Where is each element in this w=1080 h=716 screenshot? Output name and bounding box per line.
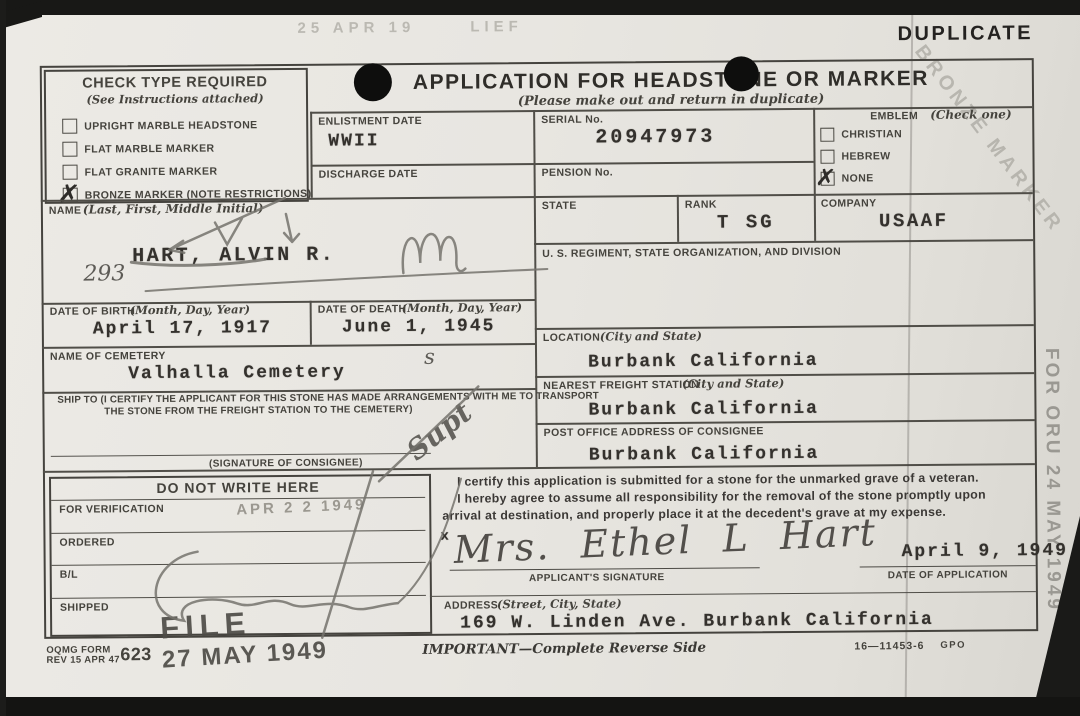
cemetery-label: NAME OF CEMETERY — [50, 350, 166, 363]
freight-station-note: (City and State) — [682, 376, 784, 391]
discharge-date-label: DISCHARGE DATE — [319, 168, 418, 181]
date-of-death-value: June 1, 1945 — [342, 316, 496, 337]
date-of-death-note: (Month, Day, Year) — [402, 300, 522, 315]
regiment-label: U. S. REGIMENT, STATE ORGANIZATION, AND … — [542, 246, 841, 260]
name-label: NAME — [49, 205, 82, 217]
penciled-number: 293 — [83, 261, 125, 286]
for-verification-label: FOR VERIFICATION — [59, 503, 164, 516]
address-note: (Street, City, State) — [497, 596, 622, 611]
rank-value: T SG — [717, 211, 775, 233]
shipped-label: SHIPPED — [60, 601, 109, 613]
date-of-death-label: DATE OF DEATH — [318, 303, 407, 316]
enlistment-date-label: ENLISTMENT DATE — [318, 115, 422, 128]
checkbox-christian — [820, 128, 834, 142]
duplicate-stamp: DUPLICATE — [897, 22, 1033, 46]
location-note: (City and State) — [600, 329, 702, 344]
emblem-option-label: CHRISTIAN — [841, 128, 902, 140]
none-checkmark: ✗ — [815, 165, 837, 191]
form-number: 623 — [120, 644, 151, 665]
ordered-label: ORDERED — [59, 536, 114, 548]
date-of-application-value: April 9, 1949 — [902, 541, 1069, 562]
form-id-line2: REV 15 APR 47 — [46, 654, 120, 666]
pension-no-label: PENSION No. — [542, 166, 614, 179]
photo-edge-bottom — [0, 697, 1080, 716]
penciled-letter: s — [424, 345, 435, 369]
emblem-option-label: NONE — [842, 172, 874, 184]
date-of-application-label: DATE OF APPLICATION — [860, 569, 1036, 581]
paper-form: 25 APR 19 LIEF BRONZE MARKER FOR ORU 24 … — [0, 0, 1080, 716]
date-of-birth-value: April 17, 1917 — [93, 318, 272, 339]
emblem-option-label: HEBREW — [841, 150, 890, 162]
hole-punch — [354, 63, 392, 101]
scanned-form-photo: 25 APR 19 LIEF BRONZE MARKER FOR ORU 24 … — [0, 0, 1080, 716]
file-date-stamp: FILE 27 MAY 1949 — [131, 583, 329, 694]
gpo-mark: GPO — [940, 640, 966, 651]
location-label: LOCATION — [543, 332, 600, 344]
check-type-subtitle: (See Instructions attached) — [46, 91, 304, 107]
serial-no-value: 20947973 — [595, 126, 715, 150]
do-not-write-title: DO NOT WRITE HERE — [51, 478, 425, 497]
signature-x-mark: x — [440, 529, 451, 545]
location-value: Burbank California — [588, 351, 819, 373]
checkbox-label: FLAT MARBLE MARKER — [84, 143, 214, 156]
address-label: ADDRESS — [444, 599, 498, 611]
checkbox-label: UPRIGHT MARBLE HEADSTONE — [84, 119, 257, 132]
name-value: HART, ALVIN R. — [132, 244, 335, 269]
file-stamp-word: FILE — [159, 605, 252, 645]
company-value: USAAF — [879, 210, 949, 233]
hole-punch — [724, 56, 759, 91]
bl-label: B/L — [60, 569, 78, 581]
applicant-signature-label: APPLICANT'S SIGNATURE — [472, 572, 722, 585]
date-of-birth-label: DATE OF BIRTH — [50, 305, 136, 318]
po-address-label: POST OFFICE ADDRESS OF CONSIGNEE — [544, 425, 764, 439]
date-of-birth-note: (Month, Day, Year) — [130, 302, 250, 317]
enlistment-date-value: WWII — [328, 131, 379, 151]
photo-edge-top — [0, 0, 1080, 15]
company-label: COMPANY — [821, 197, 877, 209]
name-note: (Last, First, Middle Initial) — [83, 201, 264, 216]
checkbox-label: FLAT GRANITE MARKER — [85, 166, 218, 179]
photo-edge-left — [0, 0, 6, 716]
address-value: 169 W. Linden Ave. Burbank California — [460, 610, 934, 634]
footer-important: IMPORTANT—Complete Reverse Side — [422, 640, 706, 658]
po-address-value: Burbank California — [589, 444, 820, 466]
serial-no-label: SERIAL No. — [541, 113, 603, 125]
check-type-title: CHECK TYPE REQUIRED — [46, 74, 304, 92]
side-routing-stamp: FOR ORU 24 MAY 1949 — [1040, 348, 1064, 612]
received-date-stamp: 25 APR 19 LIEF — [297, 18, 522, 37]
print-code: 16—11453-6 — [854, 640, 924, 653]
freight-station-value: Burbank California — [588, 399, 819, 421]
emblem-note: (Check one) — [930, 107, 1012, 122]
checkbox-upright-marble — [62, 119, 77, 134]
rank-label: RANK — [685, 199, 717, 211]
checkbox-flat-granite — [63, 165, 78, 180]
checkbox-hebrew — [820, 150, 834, 164]
checkbox-flat-marble — [62, 142, 77, 157]
cemetery-value: Valhalla Cemetery — [128, 363, 346, 385]
state-label: STATE — [542, 200, 577, 212]
